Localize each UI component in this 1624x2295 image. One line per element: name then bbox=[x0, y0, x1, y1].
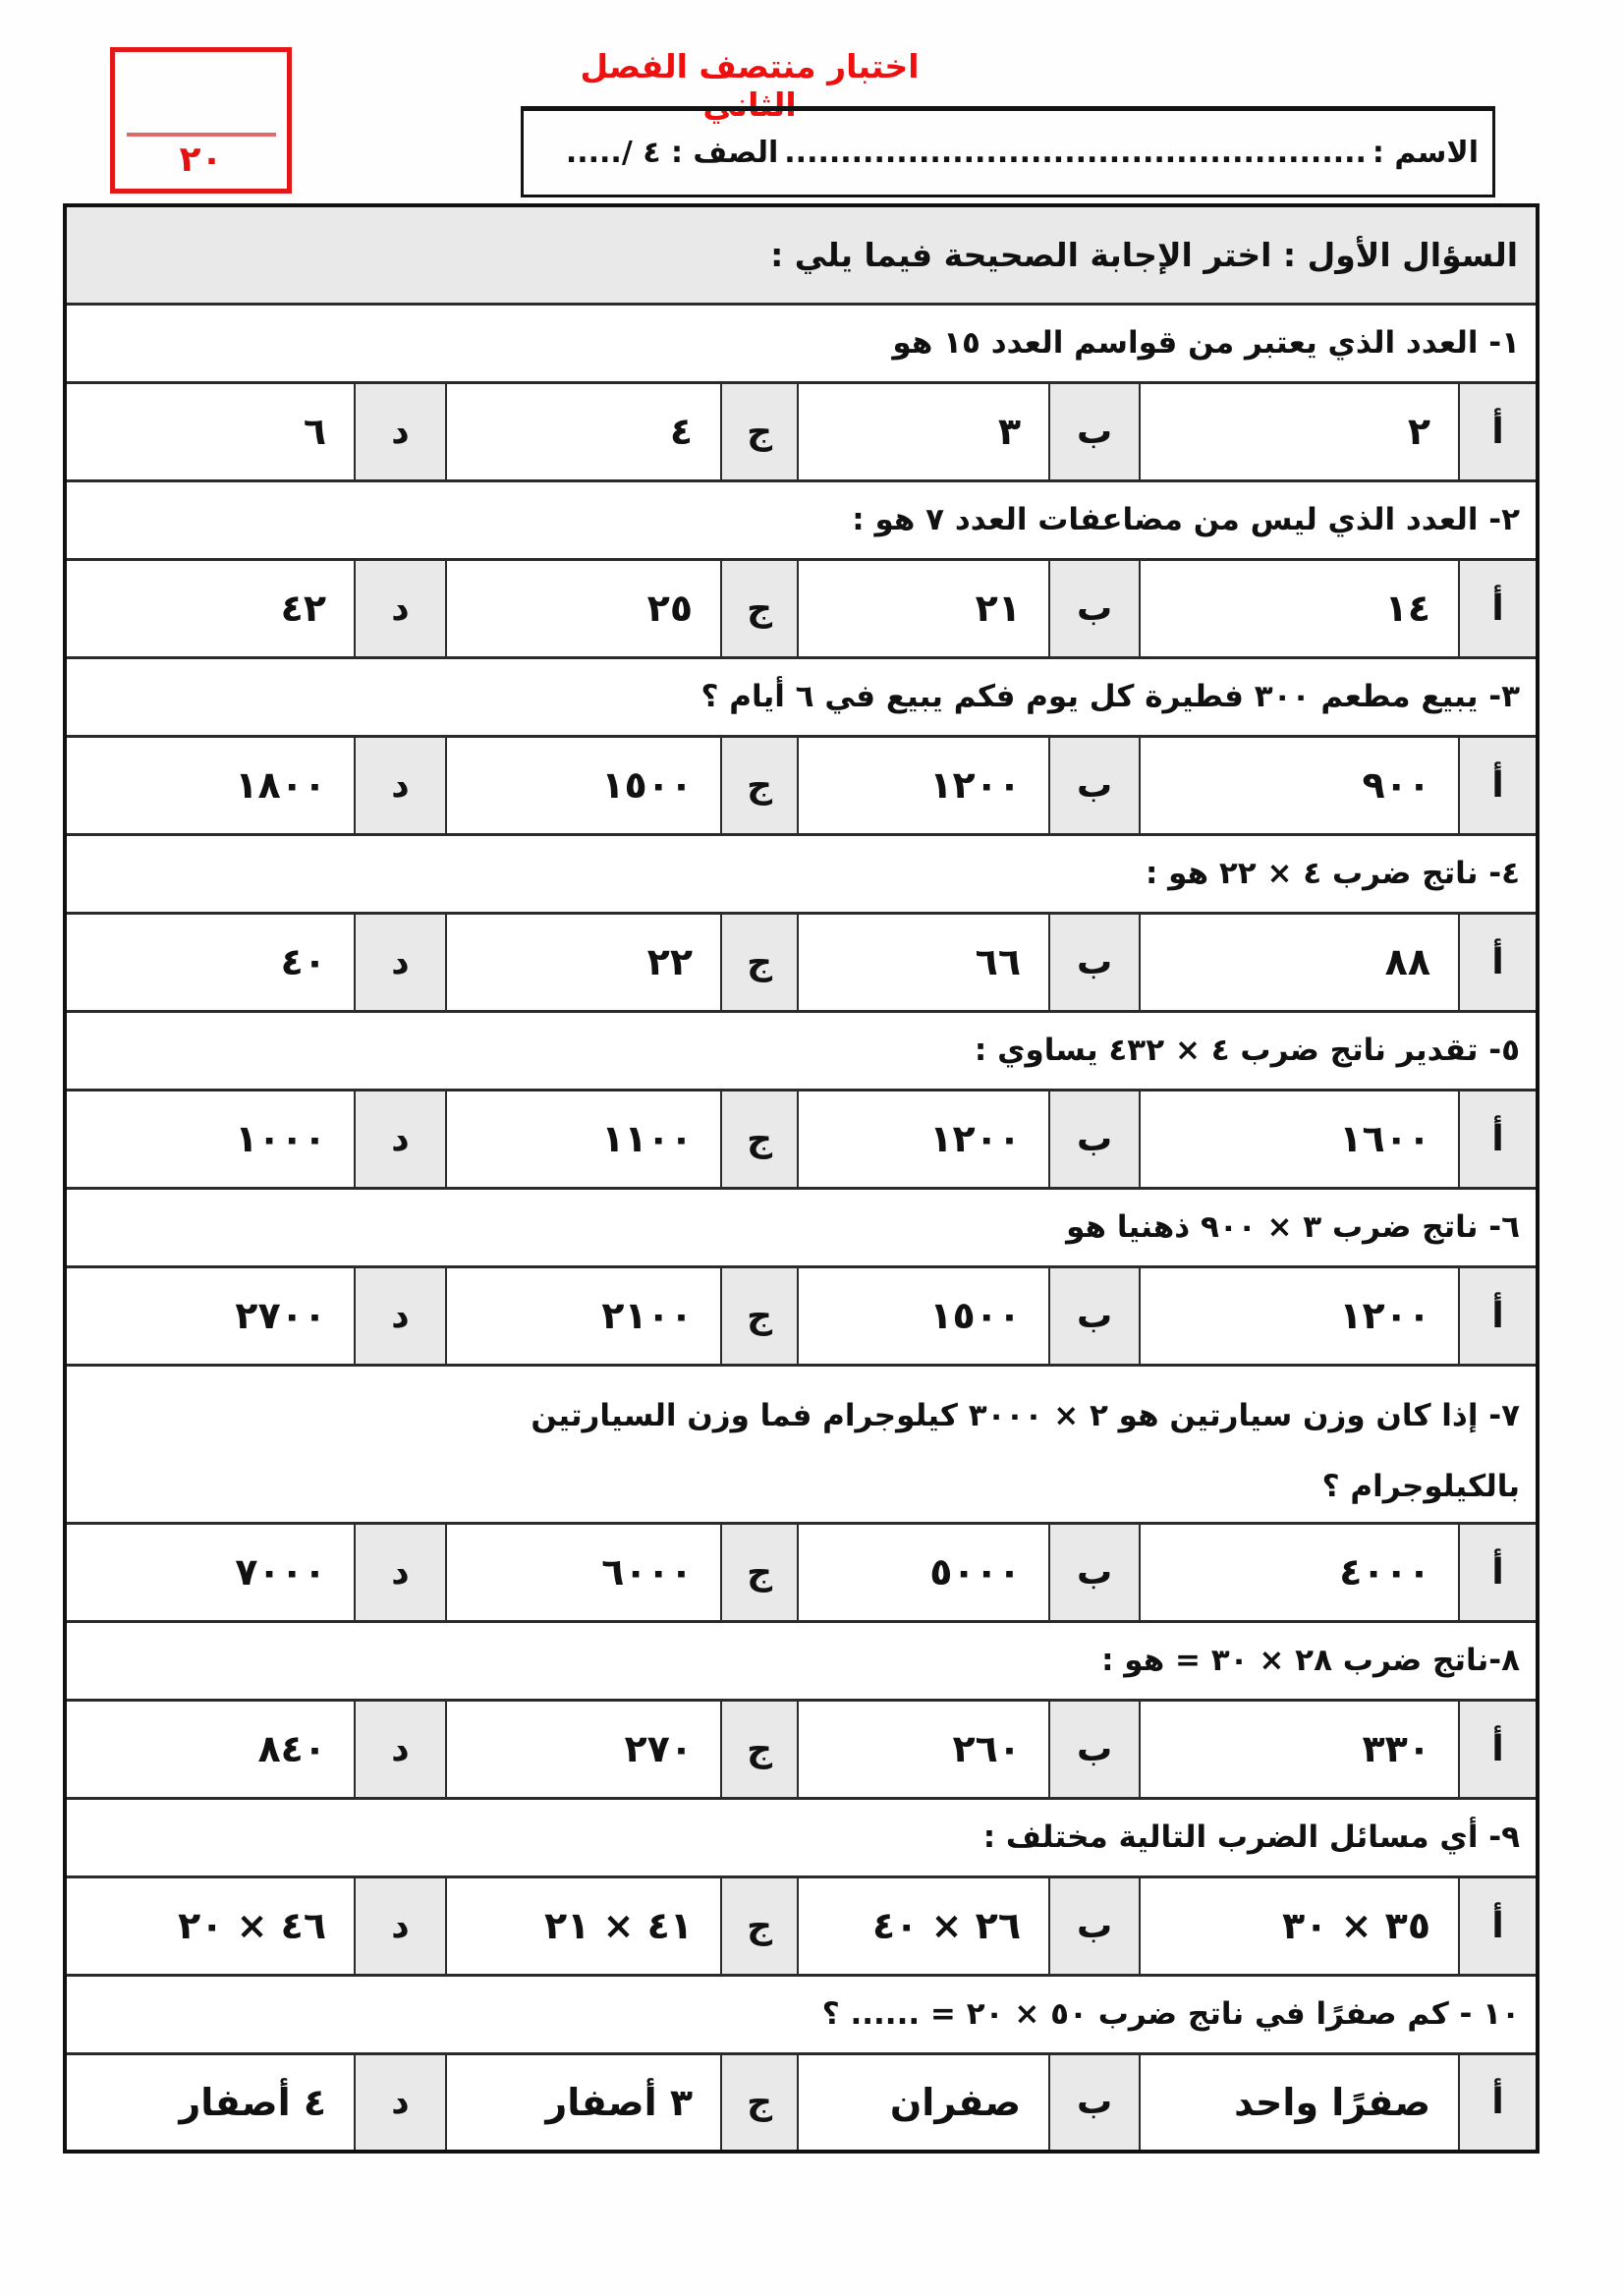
option-letter[interactable]: ب bbox=[1049, 736, 1140, 834]
option-letter[interactable]: ب bbox=[1049, 382, 1140, 480]
option-letter[interactable]: د bbox=[355, 2053, 446, 2152]
question-text: ١- العدد الذي يعتبر من قواسم العدد ١٥ هو bbox=[65, 304, 1538, 382]
option-value[interactable]: ١٠٠٠ bbox=[65, 1090, 355, 1188]
option-value[interactable]: ١٢٠٠ bbox=[1140, 1266, 1459, 1365]
option-letter[interactable]: أ bbox=[1459, 1700, 1538, 1798]
option-letter[interactable]: أ bbox=[1459, 1523, 1538, 1621]
option-value[interactable]: ٥٠٠٠ bbox=[798, 1523, 1049, 1621]
option-value[interactable]: ٢ bbox=[1140, 382, 1459, 480]
option-value[interactable]: ٢٧٠٠ bbox=[65, 1266, 355, 1365]
option-letter[interactable]: د bbox=[355, 1523, 446, 1621]
option-value[interactable]: ٩٠٠ bbox=[1140, 736, 1459, 834]
options-row: أ صفرًا واحد ب صفران ج ٣ أصفار د ٤ أصفار bbox=[65, 2053, 1538, 2152]
option-letter[interactable]: ج bbox=[721, 913, 798, 1011]
option-letter[interactable]: ج bbox=[721, 2053, 798, 2152]
option-letter[interactable]: ج bbox=[721, 382, 798, 480]
option-value[interactable]: ٣٣٠ bbox=[1140, 1700, 1459, 1798]
option-value[interactable]: ٨٨ bbox=[1140, 913, 1459, 1011]
option-letter[interactable]: أ bbox=[1459, 1266, 1538, 1365]
section-header-row: السؤال الأول : اختر الإجابة الصحيحة فيما… bbox=[65, 205, 1538, 304]
option-value[interactable]: ٦٦ bbox=[798, 913, 1049, 1011]
option-letter[interactable]: أ bbox=[1459, 382, 1538, 480]
option-value[interactable]: ٦٠٠٠ bbox=[446, 1523, 721, 1621]
question-text: ٦- ناتج ضرب ٣ × ٩٠٠ ذهنيا هو bbox=[65, 1188, 1538, 1266]
option-letter[interactable]: ب bbox=[1049, 559, 1140, 657]
option-letter[interactable]: د bbox=[355, 1876, 446, 1975]
option-value[interactable]: ٣ أصفار bbox=[446, 2053, 721, 2152]
option-letter[interactable]: ب bbox=[1049, 913, 1140, 1011]
question-text: ٥- تقدير ناتج ضرب ٤ × ٤٣٢ يساوي : bbox=[65, 1011, 1538, 1090]
option-letter[interactable]: ب bbox=[1049, 2053, 1140, 2152]
option-value[interactable]: ٢٢ bbox=[446, 913, 721, 1011]
option-value[interactable]: ٤٠ bbox=[65, 913, 355, 1011]
option-letter[interactable]: د bbox=[355, 913, 446, 1011]
question-text: ٣- يبيع مطعم ٣٠٠ فطيرة كل يوم فكم يبيع ف… bbox=[65, 657, 1538, 736]
options-row: أ ١٦٠٠ ب ١٢٠٠ ج ١١٠٠ د ١٠٠٠ bbox=[65, 1090, 1538, 1188]
question-row: ٩- أي مسائل الضرب التالية مختلف : bbox=[65, 1798, 1538, 1876]
options-row: أ ٤٠٠٠ ب ٥٠٠٠ ج ٦٠٠٠ د ٧٠٠٠ bbox=[65, 1523, 1538, 1621]
option-letter[interactable]: أ bbox=[1459, 1876, 1538, 1975]
option-value[interactable]: ٦ bbox=[65, 382, 355, 480]
option-letter[interactable]: د bbox=[355, 382, 446, 480]
option-letter[interactable]: ج bbox=[721, 559, 798, 657]
score-box: ٢٠ bbox=[110, 47, 292, 194]
option-value[interactable]: ١٤ bbox=[1140, 559, 1459, 657]
option-value[interactable]: صفران bbox=[798, 2053, 1049, 2152]
option-value[interactable]: ٢٧٠ bbox=[446, 1700, 721, 1798]
options-row: أ ٣٥ × ٣٠ ب ٢٦ × ٤٠ ج ٤١ × ٢١ د ٤٦ × ٢٠ bbox=[65, 1876, 1538, 1975]
option-value[interactable]: ١٢٠٠ bbox=[798, 736, 1049, 834]
option-letter[interactable]: ج bbox=[721, 1876, 798, 1975]
question-row: ٢- العدد الذي ليس من مضاعفات العدد ٧ هو … bbox=[65, 480, 1538, 559]
option-letter[interactable]: ب bbox=[1049, 1876, 1140, 1975]
option-value[interactable]: ٤٠٠٠ bbox=[1140, 1523, 1459, 1621]
option-value[interactable]: ٧٠٠٠ bbox=[65, 1523, 355, 1621]
section-header: السؤال الأول : اختر الإجابة الصحيحة فيما… bbox=[65, 205, 1538, 304]
option-value[interactable]: ٤٢ bbox=[65, 559, 355, 657]
option-letter[interactable]: ب bbox=[1049, 1700, 1140, 1798]
option-letter[interactable]: أ bbox=[1459, 559, 1538, 657]
option-letter[interactable]: د bbox=[355, 559, 446, 657]
option-value[interactable]: ١٨٠٠ bbox=[65, 736, 355, 834]
option-value[interactable]: ١١٠٠ bbox=[446, 1090, 721, 1188]
option-letter[interactable]: أ bbox=[1459, 1090, 1538, 1188]
option-letter[interactable]: ج bbox=[721, 1266, 798, 1365]
option-letter[interactable]: د bbox=[355, 1266, 446, 1365]
option-letter[interactable]: ج bbox=[721, 1523, 798, 1621]
option-value[interactable]: ١٥٠٠ bbox=[446, 736, 721, 834]
option-value[interactable]: ٢٦٠ bbox=[798, 1700, 1049, 1798]
question-text: ١٠ - كم صفرًا في ناتج ضرب ٥٠ × ٢٠ = ....… bbox=[65, 1975, 1538, 2053]
option-value[interactable]: ٣٥ × ٣٠ bbox=[1140, 1876, 1459, 1975]
option-letter[interactable]: ج bbox=[721, 736, 798, 834]
options-row: أ ١٢٠٠ ب ١٥٠٠ ج ٢١٠٠ د ٢٧٠٠ bbox=[65, 1266, 1538, 1365]
question-text: ٢- العدد الذي ليس من مضاعفات العدد ٧ هو … bbox=[65, 480, 1538, 559]
question-row: ١- العدد الذي يعتبر من قواسم العدد ١٥ هو bbox=[65, 304, 1538, 382]
option-value[interactable]: ١٥٠٠ bbox=[798, 1266, 1049, 1365]
option-letter[interactable]: د bbox=[355, 1700, 446, 1798]
class-label: الصف : ٤ /..... bbox=[566, 136, 778, 170]
question-row: ٣- يبيع مطعم ٣٠٠ فطيرة كل يوم فكم يبيع ف… bbox=[65, 657, 1538, 736]
option-value[interactable]: ١٦٠٠ bbox=[1140, 1090, 1459, 1188]
option-letter[interactable]: ب bbox=[1049, 1090, 1140, 1188]
name-label: الاسم : bbox=[1372, 136, 1479, 170]
options-row: أ ٢ ب ٣ ج ٤ د ٦ bbox=[65, 382, 1538, 480]
option-value[interactable]: ٣ bbox=[798, 382, 1049, 480]
option-value[interactable]: ٢٦ × ٤٠ bbox=[798, 1876, 1049, 1975]
question-row: ٨-ناتج ضرب ٢٨ × ٣٠ = هو : bbox=[65, 1621, 1538, 1700]
option-value[interactable]: ٢٥ bbox=[446, 559, 721, 657]
name-dots: ........................................… bbox=[784, 136, 1367, 170]
options-row: أ ١٤ ب ٢١ ج ٢٥ د ٤٢ bbox=[65, 559, 1538, 657]
question-row: ٤- ناتج ضرب ٤ × ٢٢ هو : bbox=[65, 834, 1538, 913]
questions-table: السؤال الأول : اختر الإجابة الصحيحة فيما… bbox=[63, 203, 1540, 2154]
option-value[interactable]: ٢١٠٠ bbox=[446, 1266, 721, 1365]
option-letter[interactable]: د bbox=[355, 1090, 446, 1188]
option-letter[interactable]: ج bbox=[721, 1090, 798, 1188]
option-letter[interactable]: ب bbox=[1049, 1523, 1140, 1621]
option-value[interactable]: صفرًا واحد bbox=[1140, 2053, 1459, 2152]
options-row: أ ٩٠٠ ب ١٢٠٠ ج ١٥٠٠ د ١٨٠٠ bbox=[65, 736, 1538, 834]
exam-page: ٢٠ اختبار منتصف الفصل الثاني الاسم : ...… bbox=[0, 0, 1624, 2295]
student-info-box: الاسم : ................................… bbox=[521, 106, 1495, 197]
option-letter[interactable]: ج bbox=[721, 1700, 798, 1798]
options-row: أ ٣٣٠ ب ٢٦٠ ج ٢٧٠ د ٨٤٠ bbox=[65, 1700, 1538, 1798]
question-text: ٩- أي مسائل الضرب التالية مختلف : bbox=[65, 1798, 1538, 1876]
option-value[interactable]: ٤١ × ٢١ bbox=[446, 1876, 721, 1975]
option-value[interactable]: ٤٦ × ٢٠ bbox=[65, 1876, 355, 1975]
option-letter[interactable]: ب bbox=[1049, 1266, 1140, 1365]
score-total: ٢٠ bbox=[115, 140, 287, 180]
option-letter[interactable]: أ bbox=[1459, 2053, 1538, 2152]
score-line bbox=[127, 133, 276, 137]
question-text: ٨-ناتج ضرب ٢٨ × ٣٠ = هو : bbox=[65, 1621, 1538, 1700]
option-value[interactable]: ٨٤٠ bbox=[65, 1700, 355, 1798]
option-value[interactable]: ٤ bbox=[446, 382, 721, 480]
question-text: ٧- إذا كان وزن سيارتين هو ٢ × ٣٠٠٠ كيلوج… bbox=[65, 1365, 1538, 1523]
option-letter[interactable]: أ bbox=[1459, 736, 1538, 834]
option-letter[interactable]: أ bbox=[1459, 913, 1538, 1011]
options-row: أ ٨٨ ب ٦٦ ج ٢٢ د ٤٠ bbox=[65, 913, 1538, 1011]
question-row: ٥- تقدير ناتج ضرب ٤ × ٤٣٢ يساوي : bbox=[65, 1011, 1538, 1090]
option-value[interactable]: ٤ أصفار bbox=[65, 2053, 355, 2152]
question-text: ٤- ناتج ضرب ٤ × ٢٢ هو : bbox=[65, 834, 1538, 913]
option-value[interactable]: ٢١ bbox=[798, 559, 1049, 657]
question-row: ١٠ - كم صفرًا في ناتج ضرب ٥٠ × ٢٠ = ....… bbox=[65, 1975, 1538, 2053]
question-row: ٧- إذا كان وزن سيارتين هو ٢ × ٣٠٠٠ كيلوج… bbox=[65, 1365, 1538, 1523]
option-letter[interactable]: د bbox=[355, 736, 446, 834]
question-row: ٦- ناتج ضرب ٣ × ٩٠٠ ذهنيا هو bbox=[65, 1188, 1538, 1266]
option-value[interactable]: ١٢٠٠ bbox=[798, 1090, 1049, 1188]
